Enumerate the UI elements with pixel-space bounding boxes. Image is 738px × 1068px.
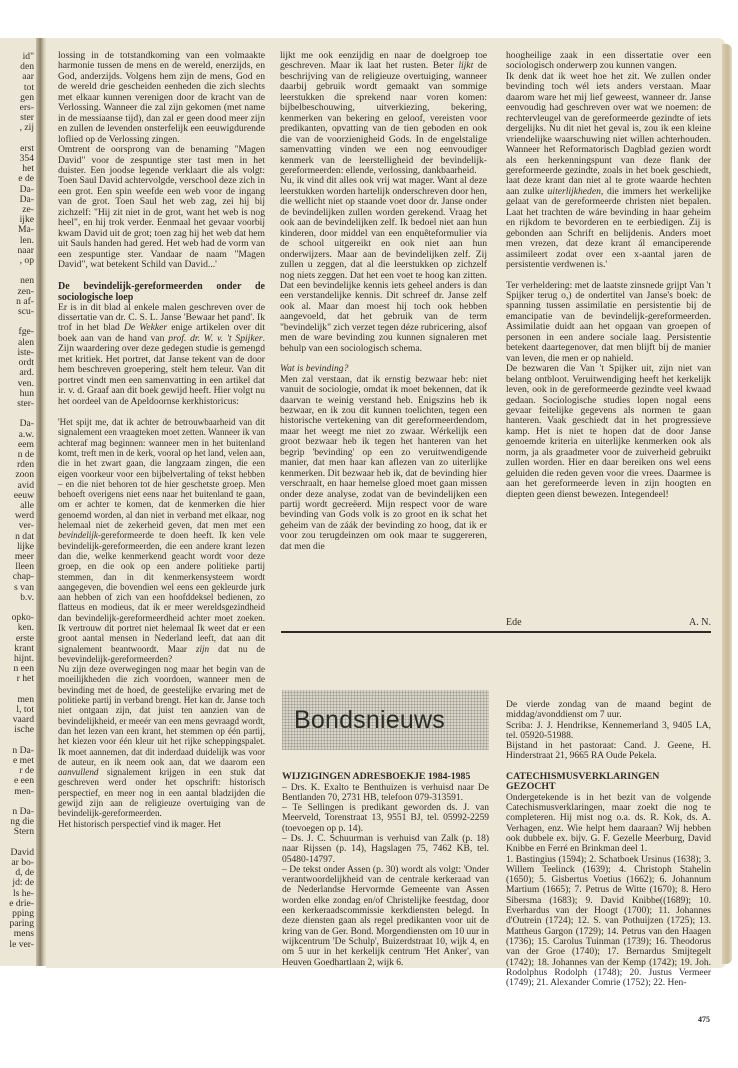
- fragment-line: Stern: [0, 827, 34, 837]
- article-column-1: lossing in de totstandkoming van een vol…: [58, 51, 265, 829]
- paragraph: hoogheilige zaak in een dissertatie over…: [506, 51, 711, 72]
- fragment-line: zoon: [0, 470, 34, 480]
- signature-place: Ede: [506, 617, 522, 628]
- fragment-line: Da-: [0, 419, 34, 429]
- news-column-1: WIJZIGINGEN ADRESBOEKJE 1984-1985 – Drs.…: [282, 772, 489, 968]
- article-column-3: hoogheilige zaak in een dissertatie over…: [506, 51, 711, 500]
- article-signature: Ede A. N.: [506, 617, 711, 628]
- article-heading: De bevindelijk-gereformeerden onder de s…: [58, 281, 265, 303]
- fragment-line: ische: [0, 725, 34, 735]
- fragment-line: ster-: [0, 399, 34, 409]
- paragraph: De bezwaren die Van 't Spijker uit, zijn…: [506, 364, 711, 500]
- paragraph: Men zal verstaan, dat ik ernstig bezwaar…: [280, 375, 487, 553]
- fragment-line: men-: [0, 787, 34, 797]
- paragraph: Ik denk dat ik weet hoe het zit. We zull…: [506, 72, 711, 271]
- paragraph: Ter verheldering: met de laatste zinsned…: [506, 281, 711, 365]
- paragraph: Omtrent de oorsprong van de benaming "Ma…: [58, 145, 265, 270]
- news-item: 1. Bastingius (1594); 2. Schatboek Ursin…: [506, 855, 711, 989]
- news-column-2: De vierde zondag van de maand begint de …: [506, 700, 711, 988]
- fragment-line: scu-: [0, 307, 34, 317]
- news-item: De vierde zondag van de maand begint de …: [506, 700, 711, 721]
- fragment-line: , op: [0, 256, 34, 266]
- paragraph: Er is in dit blad al enkele malen geschr…: [58, 303, 265, 408]
- news-item: – Ds. J. C. Schuurman is verhuisd van Za…: [282, 834, 489, 865]
- article-column-2: lijkt me ook eenzijdig en naar de doelgr…: [280, 51, 487, 552]
- paragraph: Nu, ik vind dit alles ook vrij wat mager…: [280, 176, 487, 354]
- section-divider: [281, 631, 711, 633]
- section-title: Bondsnieuws: [294, 706, 445, 735]
- news-item: – Drs. K. Exalto te Benthuizen is verhui…: [282, 783, 489, 804]
- fragment-line: le ver-: [0, 940, 34, 950]
- fragment-line: , zij: [0, 123, 34, 133]
- previous-page-fragment: id"denaartotgeners-ster, zij erst354hete…: [0, 38, 38, 966]
- paragraph: lossing in de totstandkoming van een vol…: [58, 51, 265, 145]
- signature-initials: A. N.: [689, 617, 711, 628]
- page-edge: [722, 44, 732, 964]
- news-item: Ondergetekende is in het bezit van de vo…: [506, 793, 711, 855]
- quotation: Nu zijn deze overwegingen nog maar het b…: [58, 664, 265, 818]
- news-item: – De tekst onder Assen (p. 30) wordt als…: [282, 865, 489, 968]
- news-heading: CATECHISMUSVERKLARINGEN GEZOCHT: [506, 772, 711, 793]
- previous-page-text: id"denaartotgeners-ster, zij erst354hete…: [0, 52, 34, 950]
- news-item: – Te Sellingen is predikant geworden ds.…: [282, 803, 489, 834]
- news-item: Bijstand in het pastoraat: Cand. J. Geen…: [506, 741, 711, 762]
- quotation: 'Het spijt me, dat ik achter de betrouwb…: [58, 417, 265, 664]
- news-heading: WIJZIGINGEN ADRESBOEKJE 1984-1985: [282, 772, 489, 783]
- fragment-line: r het: [0, 674, 34, 684]
- page-number: 475: [698, 1015, 710, 1024]
- fragment-line: b.v.: [0, 593, 34, 603]
- paragraph: lijkt me ook eenzijdig en naar de doelgr…: [280, 51, 487, 176]
- quotation: Het historisch perspectief vind ik mager…: [58, 819, 265, 829]
- fragment-line: ard.: [0, 368, 34, 378]
- section-banner: Bondsnieuws: [282, 690, 489, 750]
- news-item: Scriba: J. J. Hendrikse, Kennemerland 3,…: [506, 721, 711, 742]
